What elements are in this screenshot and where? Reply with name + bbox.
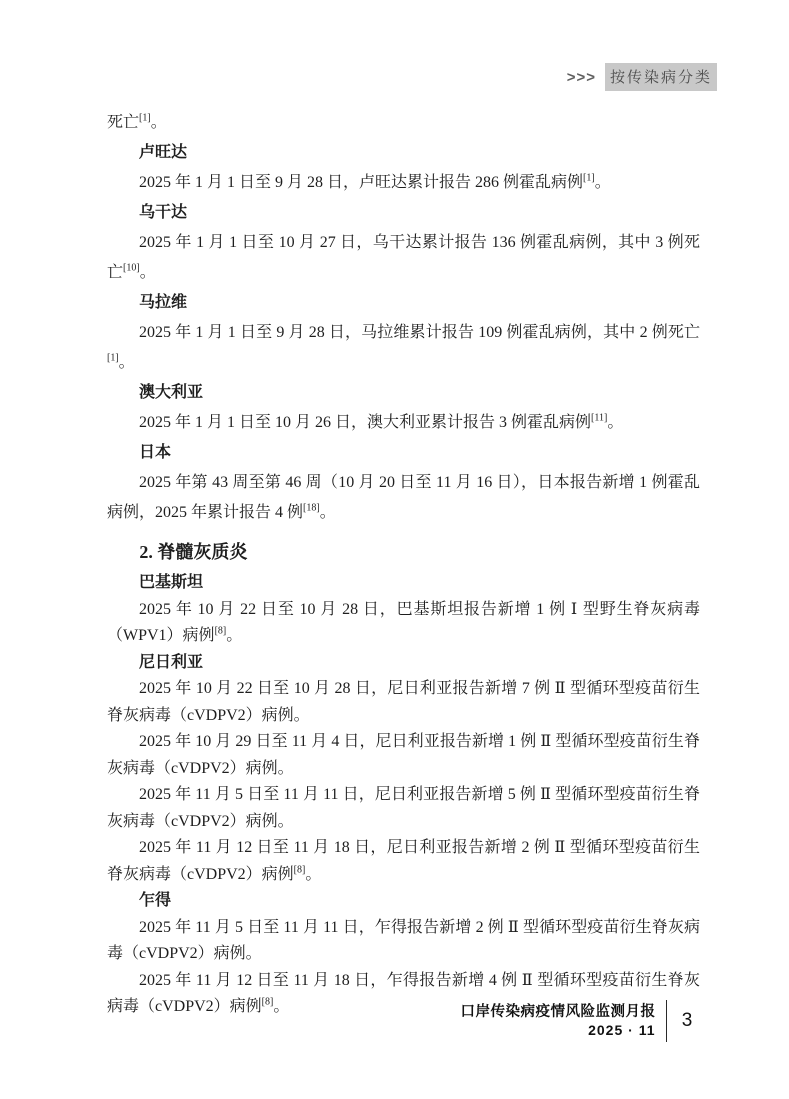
country-heading-japan: 日本 xyxy=(107,438,700,468)
section-heading-polio: 2. 脊髓灰质炎 xyxy=(107,537,700,567)
country-heading-nigeria: 尼日利亚 xyxy=(107,650,700,677)
header-arrows-icon: >>> xyxy=(567,69,596,86)
body-paragraph: 2025 年 11 月 5 日至 11 月 11 日，乍得报告新增 2 例 Ⅱ … xyxy=(107,915,700,968)
page-number: 3 xyxy=(679,1010,695,1032)
body-paragraph: 2025 年 11 月 12 日至 11 月 18 日，尼日利亚报告新增 2 例… xyxy=(107,835,700,888)
body-paragraph: 2025 年 10 月 22 日至 10 月 28 日，巴基斯坦报告新增 1 例… xyxy=(107,597,700,650)
body-paragraph: 2025 年 10 月 22 日至 10 月 28 日，尼日利亚报告新增 7 例… xyxy=(107,676,700,729)
country-heading-chad: 乍得 xyxy=(107,888,700,915)
body-paragraph: 2025 年 1 月 1 日至 9 月 28 日，卢旺达累计报告 286 例霍乱… xyxy=(107,168,700,198)
country-heading-pakistan: 巴基斯坦 xyxy=(107,570,700,597)
country-heading-uganda: 乌干达 xyxy=(107,198,700,228)
page-content: 死亡[1]。 卢旺达 2025 年 1 月 1 日至 9 月 28 日，卢旺达累… xyxy=(107,108,700,1021)
body-paragraph: 2025 年 1 月 1 日至 10 月 27 日，乌干达累计报告 136 例霍… xyxy=(107,228,700,288)
page-header: >>> 按传染病分类 xyxy=(567,63,717,91)
body-paragraph: 2025 年第 43 周至第 46 周（10 月 20 日至 11 月 16 日… xyxy=(107,468,700,528)
footer-issue: 2025 · 11 xyxy=(461,1023,656,1038)
body-paragraph: 2025 年 1 月 1 日至 9 月 28 日，马拉维累计报告 109 例霍乱… xyxy=(107,318,700,378)
document-page: >>> 按传染病分类 死亡[1]。 卢旺达 2025 年 1 月 1 日至 9 … xyxy=(0,0,789,1099)
cholera-section-continued: 死亡[1]。 卢旺达 2025 年 1 月 1 日至 9 月 28 日，卢旺达累… xyxy=(107,108,700,528)
country-heading-australia: 澳大利亚 xyxy=(107,378,700,408)
body-paragraph: 2025 年 10 月 29 日至 11 月 4 日，尼日利亚报告新增 1 例 … xyxy=(107,729,700,782)
body-paragraph: 2025 年 11 月 5 日至 11 月 11 日，尼日利亚报告新增 5 例 … xyxy=(107,782,700,835)
page-footer: 口岸传染病疫情风险监测月报 2025 · 11 3 xyxy=(461,1000,696,1042)
footer-meta: 口岸传染病疫情风险监测月报 2025 · 11 xyxy=(461,1004,656,1038)
body-paragraph: 2025 年 1 月 1 日至 10 月 26 日，澳大利亚累计报告 3 例霍乱… xyxy=(107,408,700,438)
footer-divider xyxy=(666,1000,668,1042)
country-heading-malawi: 马拉维 xyxy=(107,288,700,318)
header-section-tab: 按传染病分类 xyxy=(605,63,717,91)
continuation-paragraph: 死亡[1]。 xyxy=(107,108,700,138)
footer-journal-title: 口岸传染病疫情风险监测月报 xyxy=(461,1004,656,1020)
polio-section: 巴基斯坦 2025 年 10 月 22 日至 10 月 28 日，巴基斯坦报告新… xyxy=(107,570,700,1021)
country-heading-rwanda: 卢旺达 xyxy=(107,138,700,168)
